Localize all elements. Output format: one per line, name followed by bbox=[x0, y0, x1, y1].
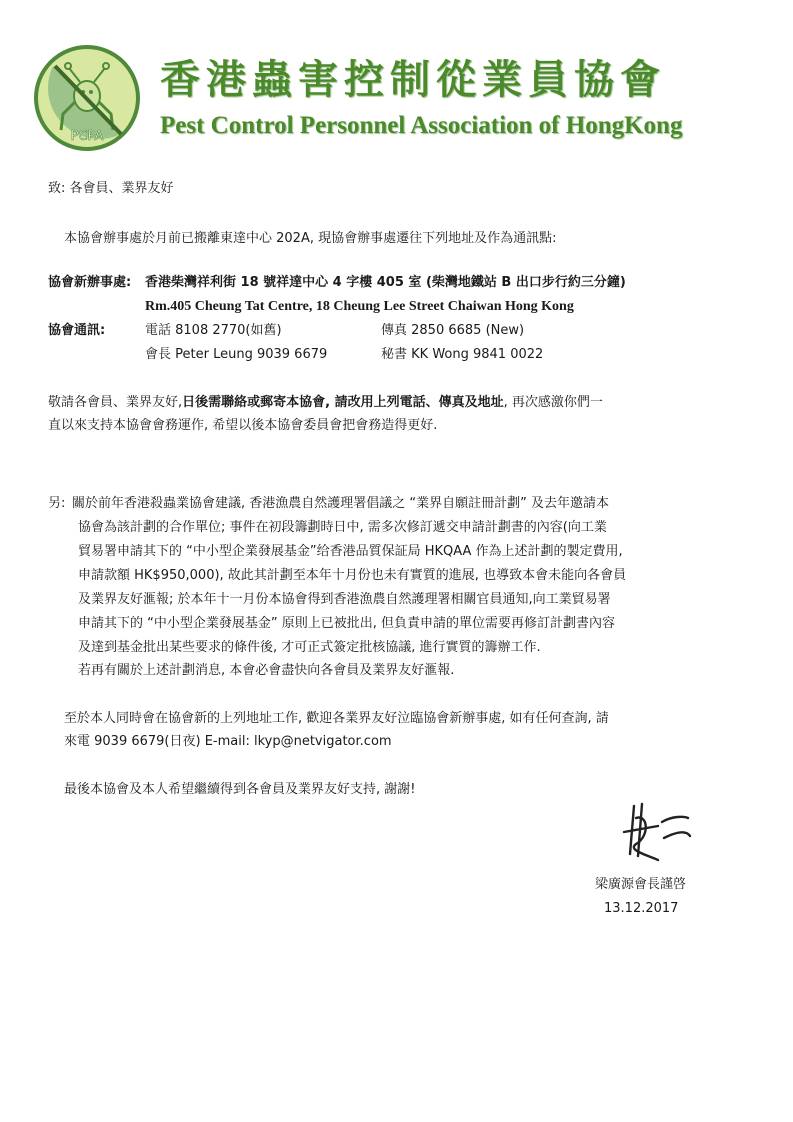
salutation: 致: 各會員、業界友好 bbox=[48, 178, 174, 200]
secretary-contact: 秘書 KK Wong 9841 0022 bbox=[381, 344, 543, 366]
other-line: 及業界友好滙報; 於本年十一月份本協會得到香港漁農自然護理署相關官員通知,向工業… bbox=[78, 589, 611, 611]
notice-paragraph-line2: 直以來支持本協會會務運作, 希望以後本協會委員會把會務造得更好. bbox=[48, 415, 437, 437]
association-name-english: Pest Control Personnel Association of Ho… bbox=[160, 112, 682, 140]
contact-label: 協會通訊: bbox=[48, 320, 105, 342]
personal-contact-line: 來電 9039 6679(日夜) E-mail: lkyp@netvigator… bbox=[64, 731, 392, 753]
address-chinese: 香港柴灣祥利街 18 號祥達中心 4 字樓 405 室 (柴灣地鐵站 B 出口步… bbox=[145, 272, 626, 294]
association-logo: PCPA bbox=[33, 44, 141, 152]
chairman-contact: 會長 Peter Leung 9039 6679 bbox=[145, 344, 327, 366]
fax-number: 傳真 2850 6685 (New) bbox=[381, 320, 524, 342]
notice-text-bold: 日後需聯絡或郵寄本協會, 請改用上列電話、傳真及地址 bbox=[182, 395, 503, 410]
address-label: 協會新辦事處: bbox=[48, 272, 131, 294]
notice-text-start: 敬請各會員、業界友好, bbox=[48, 395, 182, 410]
letter-date: 13.12.2017 bbox=[604, 898, 678, 920]
svg-text:PCPA: PCPA bbox=[71, 129, 104, 144]
address-english: Rm.405 Cheung Tat Centre, 18 Cheung Lee … bbox=[145, 296, 574, 318]
other-line: 申請其下的 “中小型企業發展基金” 原則上已被批出, 但負責申請的單位需要再修訂… bbox=[78, 613, 615, 635]
other-line: 協會為該計劃的合作單位; 事件在初段籌劃時日中, 需多次修訂遞交申請計劃書的內容… bbox=[78, 517, 607, 539]
closing-paragraph: 最後本協會及本人希望繼續得到各會員及業界友好支持, 謝謝! bbox=[64, 779, 415, 801]
association-name-chinese: 香港蟲害控制從業員協會 bbox=[160, 48, 666, 105]
intro-paragraph: 本協會辦事處於月前已搬離東達中心 202A, 現協會辦事處遷往下列地址及作為通訊… bbox=[64, 228, 556, 250]
personal-paragraph: 至於本人同時會在協會新的上列地址工作, 歡迎各業界友好泣臨協會新辦事處, 如有任… bbox=[64, 708, 609, 730]
other-line: 申請款額 HK$950,000), 故此其計劃至本年十月份也未有實質的進展, 也… bbox=[78, 565, 626, 587]
other-line: 貿易署申請其下的 “中小型企業發展基金”给香港品質保証局 HKQAA 作為上述計… bbox=[78, 541, 623, 563]
other-line: 若再有關於上述計劃消息, 本會必會盡快向各會員及業界友好滙報. bbox=[78, 660, 454, 682]
notice-paragraph: 敬請各會員、業界友好,日後需聯絡或郵寄本協會, 請改用上列電話、傳真及地址, 再… bbox=[48, 392, 603, 414]
notice-text-end: , 再次感激你們一 bbox=[504, 395, 603, 410]
signoff: 梁廣源會長謹啓 bbox=[595, 874, 686, 896]
signature bbox=[614, 796, 694, 866]
other-line: 及達到基金批出某些要求的條件後, 才可正式簽定批核協議, 進行實質的籌辦工作. bbox=[78, 637, 541, 659]
other-prefix: 另: bbox=[48, 493, 65, 515]
other-line: 關於前年香港殺蟲業協會建議, 香港漁農自然護理署倡議之 “業界自願註冊計劃” 及… bbox=[72, 493, 609, 515]
phone-number: 電話 8108 2770(如舊) bbox=[145, 320, 282, 342]
